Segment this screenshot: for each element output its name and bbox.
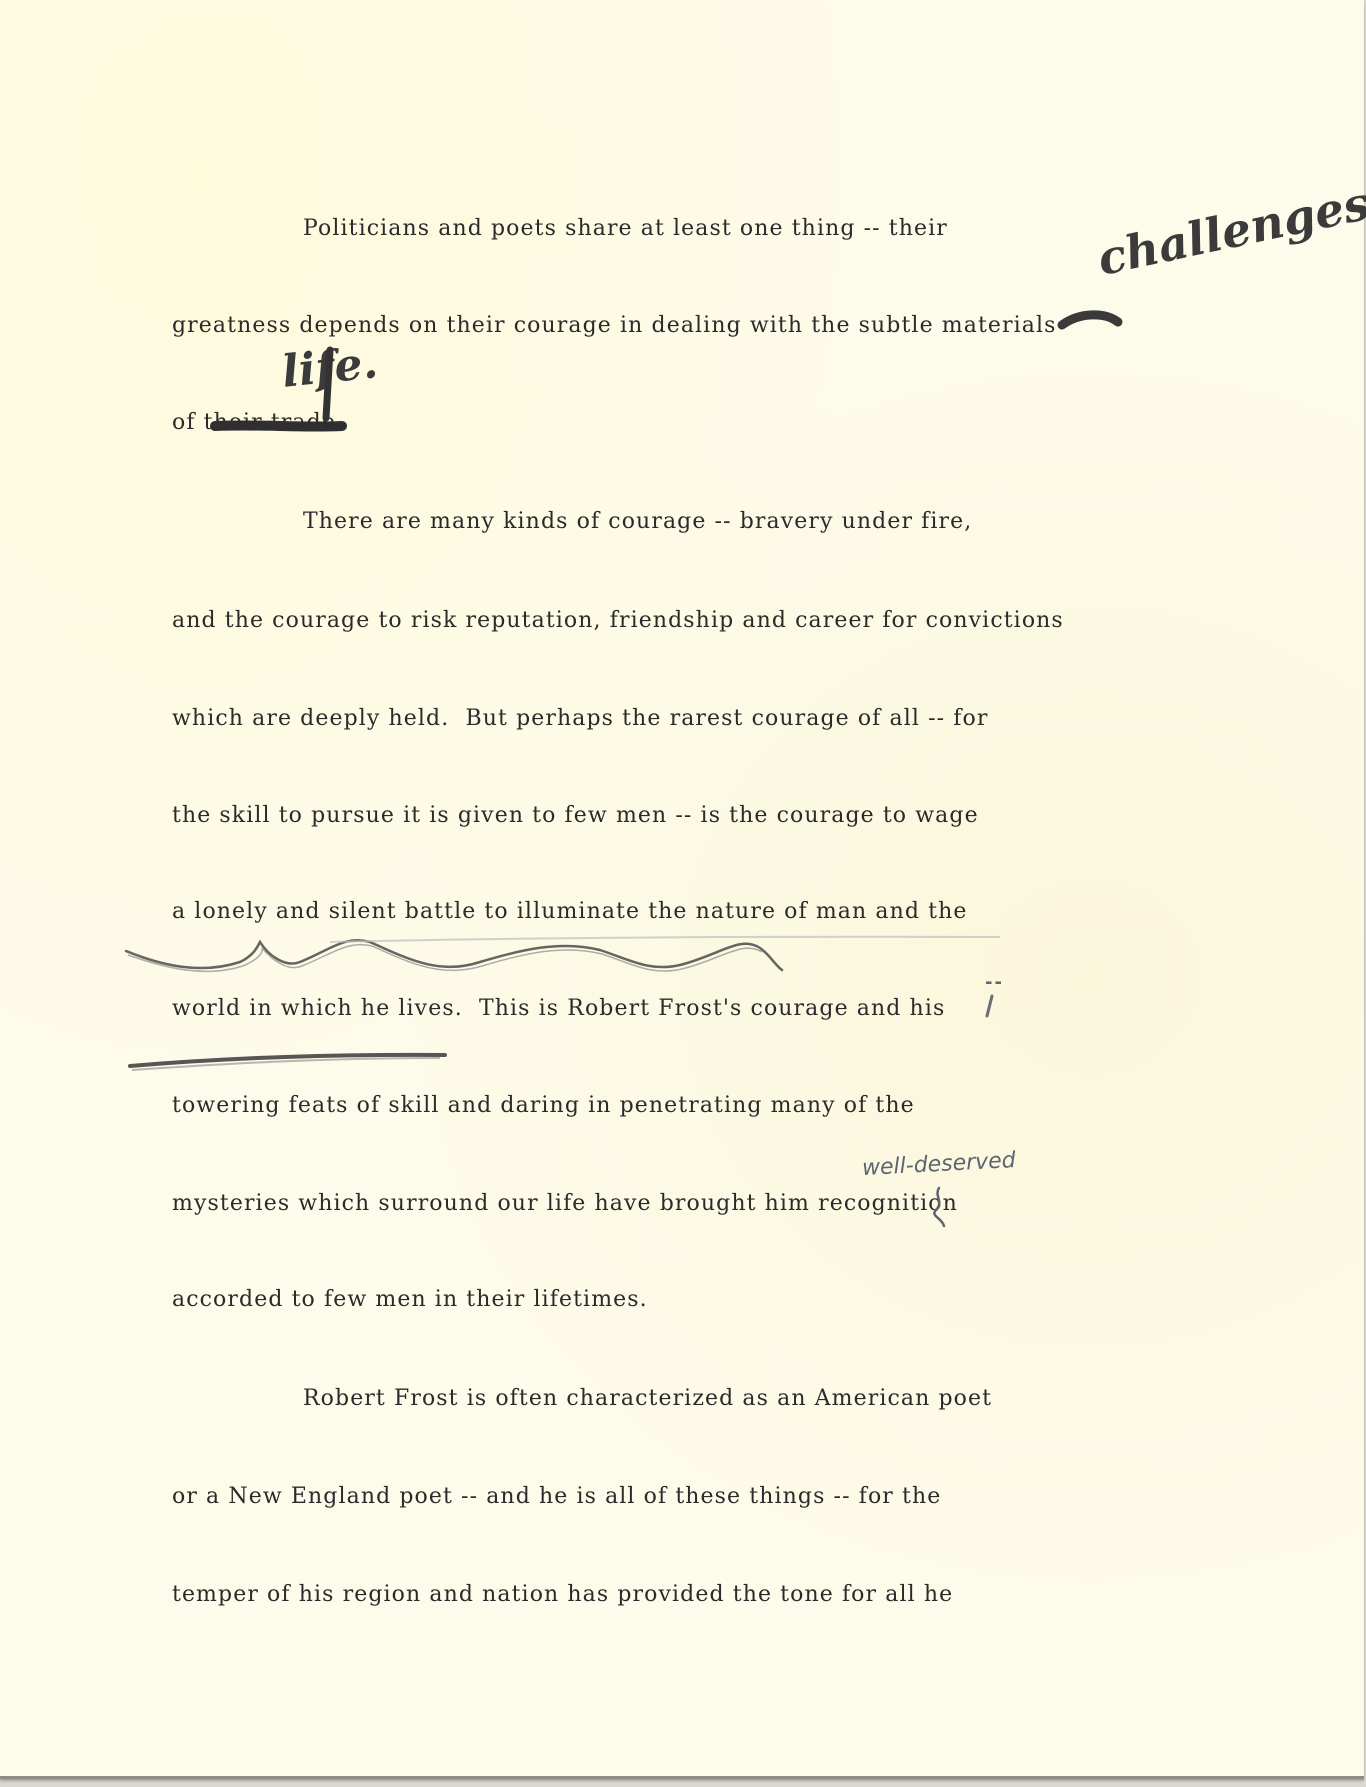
handwritten-dash-insert: -- — [985, 972, 1004, 993]
text-line: accorded to few men in their lifetimes. — [172, 1285, 648, 1315]
text-line: Politicians and poets share at least one… — [303, 214, 948, 244]
text-line: mysteries which surround our life have b… — [172, 1189, 958, 1219]
handwritten-challenges: challenges — [1093, 176, 1366, 286]
text-line: Robert Frost is often characterized as a… — [303, 1384, 992, 1414]
handwritten-well-deserved: well-deserved — [861, 1148, 1016, 1181]
text-line: the skill to pursue it is given to few m… — [172, 801, 979, 831]
text-line: world in which he lives. This is Robert … — [172, 994, 945, 1024]
strike-materials — [1062, 315, 1118, 325]
typescript-page: Politicians and poets share at least one… — [0, 0, 1364, 1779]
text-line: temper of his region and nation has prov… — [172, 1580, 953, 1610]
text-line: towering feats of skill and daring in pe… — [172, 1091, 915, 1121]
text-line: of their trade. — [172, 408, 344, 438]
text-line: a lonely and silent battle to illuminate… — [172, 897, 967, 927]
text-line: or a New England poet -- and he is all o… — [172, 1482, 941, 1512]
text-line: There are many kinds of courage -- brave… — [303, 507, 972, 537]
text-line: and the courage to risk reputation, frie… — [172, 606, 1064, 636]
handwritten-life: life. — [280, 337, 380, 398]
straight-underline — [130, 1055, 445, 1066]
insert-caret — [987, 996, 992, 1016]
text-line: which are deeply held. But perhaps the r… — [172, 704, 988, 734]
wavy-underline — [126, 940, 782, 970]
text-line: greatness depends on their courage in de… — [172, 311, 1057, 341]
